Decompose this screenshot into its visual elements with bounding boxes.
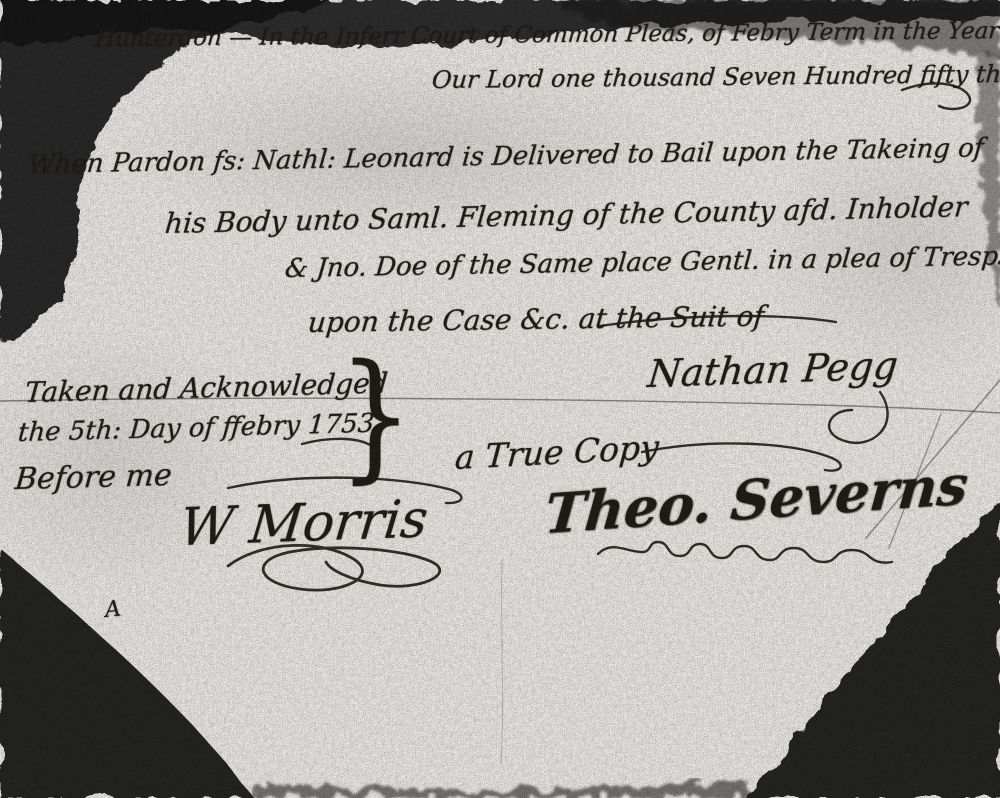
flourish-pegg-tail [829, 392, 887, 443]
attestation-line3: Before me [14, 458, 174, 497]
heading-line2: Our Lord one thousand Seven Hundred fift… [431, 60, 1000, 94]
torn-edge-bottom-strip [252, 780, 748, 798]
scanned-document-page: { "heading": { "line1": "Hunterdon — In … [0, 0, 1000, 798]
margin-mark: A [104, 596, 122, 623]
body-line1: When Pardon fs: Nathl: Leonard is Delive… [27, 133, 985, 180]
justice-signature: W Morris [177, 489, 431, 558]
crease-vertical [501, 560, 503, 762]
flourish-severns-loops [598, 542, 892, 563]
plaintiff-signature: Nathan Pegg [646, 343, 900, 396]
true-copy-label: a True Copy [454, 427, 661, 477]
attestation-line1: Taken and Acknowledged [24, 366, 389, 409]
attestation-brace: } [338, 345, 413, 484]
torn-edge-bottom-right [746, 500, 1000, 798]
torn-edge-right-strip [976, 55, 1000, 315]
body-line3: & Jno. Doe of the Same place Gentl. in a… [284, 241, 1000, 284]
torn-edge-bottom-left [0, 548, 254, 798]
attestation-line2: the 5th: Day of ffebry 1753 [17, 409, 376, 448]
body-line2: his Body unto Saml. Fleming of the Count… [164, 190, 969, 240]
heading-line1: Hunterdon — In the Inferr Court of Commo… [94, 18, 1000, 52]
